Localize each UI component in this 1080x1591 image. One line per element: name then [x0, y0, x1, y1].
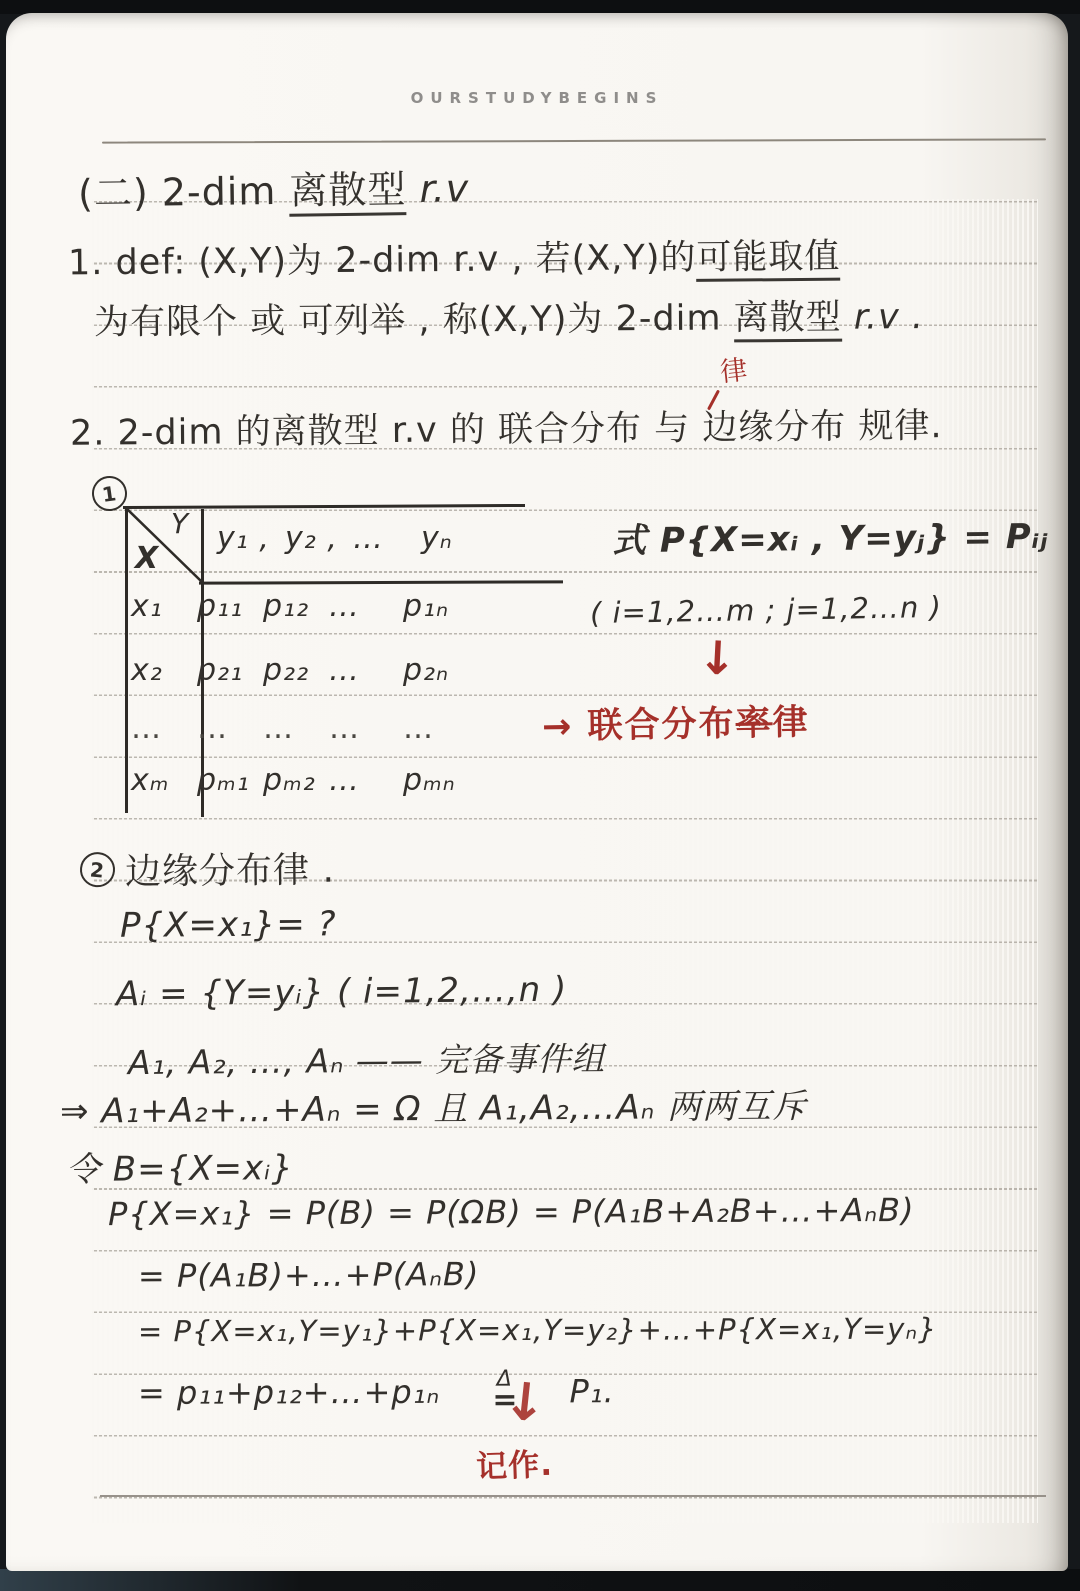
- topic-line-pre: 2. 2-dim 的离散型 r.v 的 联合分布: [70, 409, 642, 454]
- marginal-heading-text: 边缘分布律 .: [125, 842, 335, 895]
- definition-line-2-post: r.v .: [841, 297, 924, 338]
- col-header-dots: …: [353, 521, 421, 556]
- cell-dots: …: [263, 711, 329, 746]
- joint-law-struck-char: 率: [735, 703, 773, 744]
- photo-edge-top: [0, 0, 1080, 14]
- joint-probability-formula: 式 P{X=xᵢ , Y=yⱼ} = Pᵢⱼ: [612, 509, 1049, 563]
- header-rule-line: [102, 138, 1046, 144]
- denoted-as-red-label: 记作.: [475, 1439, 553, 1487]
- index-range: ( i=1,2…m ; j=1,2…n ): [590, 590, 942, 630]
- section-title-post: r.v: [406, 166, 469, 211]
- marginal-heading: 2 边缘分布律 .: [80, 842, 335, 896]
- cell-dots: …: [403, 711, 469, 746]
- circled-number-2: 2: [78, 851, 116, 889]
- let-b-line: 令 B={X=xᵢ}: [66, 1140, 294, 1191]
- table-header-row: y₁ , y₂ , … yₙ: [217, 521, 489, 556]
- cell-dots: …: [329, 653, 403, 688]
- derivation-line-1: P{X=x₁} = P(B) = P(ΩB) = P(A₁B+A₂B+…+AₙB…: [108, 1191, 915, 1233]
- row-label-x1: x₁: [131, 589, 197, 624]
- red-right-arrow: →: [542, 707, 588, 748]
- table-row-dots: … … … … …: [131, 711, 469, 746]
- notebook-page: OURSTUDYBEGINS (二) 2-dim 离散型 r.v 1. def:…: [6, 13, 1068, 1571]
- joint-law-red-label: → 联合分布率律: [542, 695, 810, 750]
- cell-dots: …: [329, 711, 403, 746]
- cell-pm1: pₘ₁: [197, 763, 263, 798]
- definition-line-1-underlined: 可能取值: [696, 237, 840, 282]
- joint-distribution-table: Y X y₁ , y₂ , … yₙ x₁ p₁₁ p₁₂ … p₁ₙ x₂ p…: [115, 505, 529, 817]
- definition-line-2: 为有限个 或 可列举 , 称(X,Y)为 2-dim 离散型 r.v .: [94, 289, 924, 345]
- cell-p2n: p₂ₙ: [403, 653, 469, 688]
- section-title: (二) 2-dim 离散型 r.v: [78, 157, 470, 217]
- topic-line-post: 与 边缘分布 规律.: [642, 406, 943, 449]
- cell-p12: p₁₂: [263, 589, 329, 624]
- red-insertion-char: 律: [718, 348, 750, 390]
- footer-rule-line: [100, 1495, 1046, 1497]
- derivation-line-2: = P(A₁B)+…+P(AₙB): [138, 1255, 480, 1295]
- col-header-y1: y₁ ,: [217, 521, 285, 556]
- joint-law-corrected-char: 律: [772, 703, 810, 744]
- cell-pmn: pₘₙ: [403, 763, 469, 798]
- section-title-pre: (二) 2-dim: [78, 169, 290, 216]
- cell-p22: p₂₂: [263, 653, 329, 688]
- joint-law-text: 联合分布: [587, 704, 736, 747]
- complete-event-group-line: A₁, A₂, …, Aₙ —— 完备事件组: [128, 1033, 606, 1084]
- row-label-dots: …: [131, 711, 197, 746]
- derivation-line-3: = P{X=x₁,Y=y₁}+P{X=x₁,Y=y₂}+…+P{X=x₁,Y=y…: [138, 1312, 938, 1349]
- red-arrow-through-symbol: ↓: [500, 1371, 551, 1435]
- cell-dots: …: [329, 763, 403, 798]
- definition-line-1: 1. def: (X,Y)为 2-dim r.v , 若(X,Y)的可能取值: [68, 229, 841, 286]
- cell-p11: p₁₁: [197, 589, 263, 624]
- cell-p1n: p₁ₙ: [403, 589, 469, 624]
- topic-line: 2. 2-dim 的离散型 r.v 的 联合分布 与 边缘分布 规律.: [70, 398, 943, 456]
- col-header-yn: yₙ: [421, 521, 489, 556]
- corner-label-y: Y: [171, 507, 189, 540]
- table-row-xm: xₘ pₘ₁ pₘ₂ … pₘₙ: [131, 763, 469, 798]
- table-row-x1: x₁ p₁₁ p₁₂ … p₁ₙ: [131, 589, 469, 624]
- derivation-line-4-result: P₁.: [569, 1372, 614, 1410]
- definition-line-2-underlined: 离散型: [733, 298, 841, 343]
- table-header-underline: [199, 580, 563, 584]
- section-title-underlined: 离散型: [289, 167, 407, 217]
- cell-dots: …: [197, 711, 263, 746]
- definition-line-1-pre: 1. def: (X,Y)为 2-dim r.v , 若(X,Y)的: [68, 238, 697, 283]
- cell-pm2: pₘ₂: [263, 763, 329, 798]
- col-header-y2: y₂ ,: [285, 521, 353, 556]
- events-ai-definition: Aᵢ = {Y=yᵢ} ( i=1,2,…,n ): [116, 970, 568, 1015]
- union-disjoint-line: ⇒ A₁+A₂+…+Aₙ = Ω 且 A₁,A₂,…Aₙ 两两互斥: [60, 1078, 807, 1132]
- marginal-question: P{X=x₁}= ?: [120, 904, 337, 946]
- cell-p21: p₂₁: [197, 653, 263, 688]
- red-down-arrow: ↓: [697, 630, 739, 686]
- table-row-x2: x₂ p₂₁ p₂₂ … p₂ₙ: [131, 653, 469, 688]
- derivation-line-4-sum: = p₁₁+p₁₂+…+p₁ₙ: [138, 1373, 440, 1412]
- definition-line-2-pre: 为有限个 或 可列举 , 称(X,Y)为 2-dim: [94, 298, 734, 342]
- cell-dots: …: [329, 589, 403, 624]
- row-label-x2: x₂: [131, 653, 197, 688]
- photo-edge-bottom: [0, 1569, 1080, 1591]
- notebook-brand-header: OURSTUDYBEGINS: [6, 89, 1068, 107]
- row-label-xm: xₘ: [131, 763, 197, 798]
- corner-label-x: X: [135, 541, 159, 576]
